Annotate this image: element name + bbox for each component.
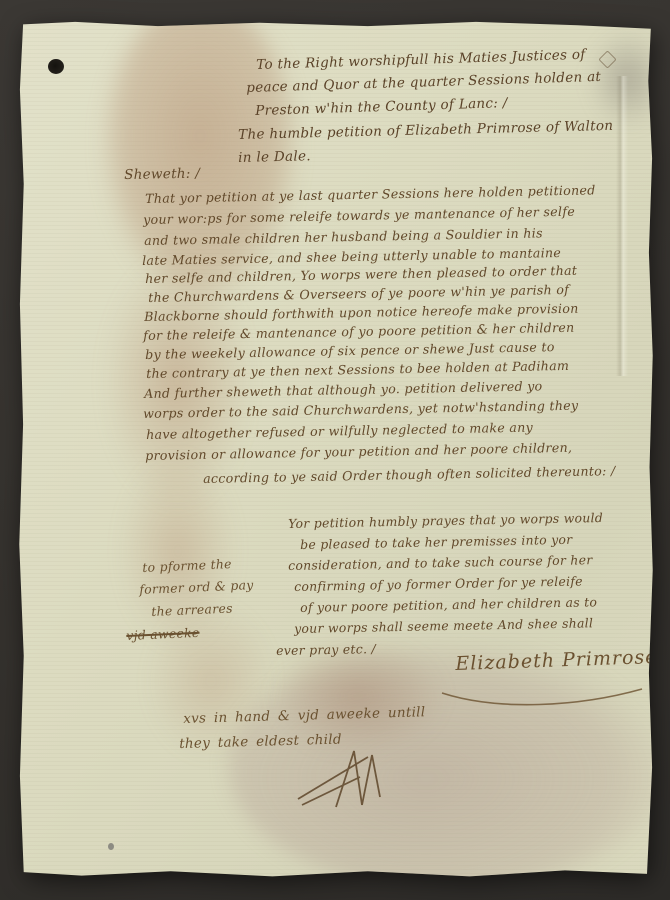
body-line: That yor petition at ye last quarter Ses… [145, 182, 596, 206]
prayer-line: of your poore petition, and her children… [300, 594, 597, 615]
salutation: Sheweth: / [124, 166, 200, 183]
body-line: according to ye said Order though often … [203, 463, 616, 486]
body-line: and two smale children her husband being… [144, 225, 543, 248]
photograph-of-manuscript: To the Right worshipfull his Maties Just… [0, 0, 670, 900]
body-line: provision or allowance for your petition… [145, 440, 572, 463]
punch-hole [48, 59, 64, 74]
manuscript-page: To the Right worshipfull his Maties Just… [18, 21, 654, 879]
heading-line: peace and Quor at the quarter Sessions h… [246, 69, 601, 96]
signature-flourish [438, 685, 648, 711]
body-line: worps order to the said Churchwardens, y… [143, 398, 579, 421]
clerk-flourish-mark [296, 747, 396, 813]
body-line: have altogether refused or wilfully negl… [146, 420, 533, 442]
margin-note-line: former ord & pay [139, 577, 254, 597]
prayer-line: Yor petition humbly prayes that yo worps… [288, 510, 603, 531]
margin-strikethrough-text: vjd aweeke [126, 625, 200, 643]
prayer-line: consideration, and to take such course f… [288, 552, 593, 573]
margin-note-line: to pforme the [142, 556, 232, 575]
fold-crease [616, 76, 628, 376]
subheading-line: The humble petition of Elizabeth Primros… [238, 118, 614, 143]
prayer-line: your worps shall seeme meete And shee sh… [294, 615, 593, 636]
paper-sheet: To the Right worshipfull his Maties Just… [18, 21, 654, 879]
prayer-line: be pleased to take her premisses into yo… [300, 532, 573, 552]
water-stain-bottom-center [228, 641, 668, 891]
body-line: And further sheweth that although yo. pe… [144, 378, 543, 401]
body-line: your wor:ps for some releife towards ye … [143, 204, 575, 227]
endorsement-line: xvs in hand & vjd aweeke untill [183, 704, 426, 727]
top-right-ink-mark [598, 50, 616, 68]
body-line: the contrary at ye then next Sessions to… [146, 358, 569, 381]
ink-speck [108, 843, 114, 850]
heading-line: To the Right worshipfull his Maties Just… [256, 47, 586, 73]
prayer-line: ever pray etc. / [276, 641, 376, 658]
margin-note-line: the arreares [151, 600, 233, 619]
heading-line: Preston w'hin the County of Lanc: / [255, 95, 508, 119]
prayer-line: confirming of yo former Order for ye rel… [294, 573, 583, 594]
signature: Elizabeth Primrose [455, 646, 658, 675]
subheading-line: in le Dale. [238, 148, 311, 166]
